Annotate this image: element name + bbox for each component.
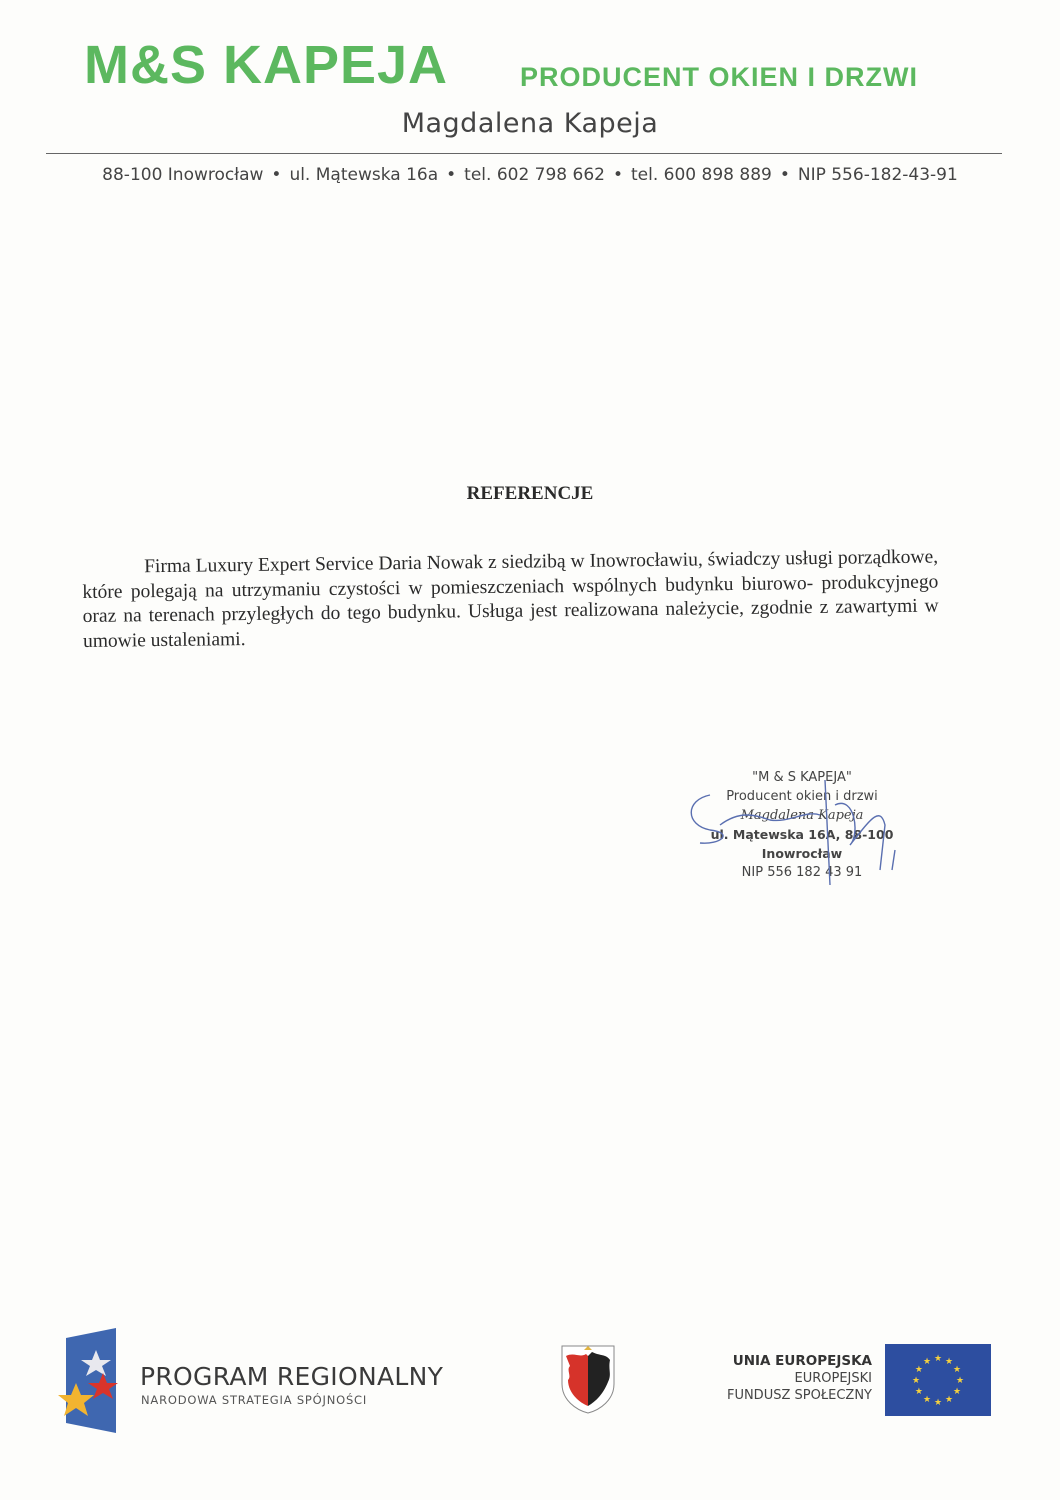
stamp-tagline: Producent okien i drzwi <box>684 787 920 806</box>
eu-fund-line-2: FUNDUSZ SPOŁECZNY <box>700 1387 872 1404</box>
contact-nip: NIP 556-182-43-91 <box>798 165 958 185</box>
svg-text:★: ★ <box>953 1365 961 1375</box>
stamp-nip: NIP 556 182 43 91 <box>684 863 920 882</box>
header-divider <box>46 153 1002 154</box>
program-regionalny-logo-icon <box>58 1328 118 1433</box>
separator: • <box>446 165 456 185</box>
svg-text:★: ★ <box>915 1387 923 1397</box>
eu-fund-line-1: EUROPEJSKI <box>700 1370 872 1387</box>
stamp-owner: Magdalena Kapeja <box>684 806 920 825</box>
svg-text:★: ★ <box>956 1376 964 1386</box>
contact-phone-2: tel. 600 898 889 <box>631 165 772 185</box>
company-tagline: PRODUCENT OKIEN I DRZWI <box>520 64 918 91</box>
svg-text:★: ★ <box>934 1398 942 1408</box>
company-brand: M&S KAPEJA <box>84 38 448 92</box>
eu-union-label: UNIA EUROPEJSKA <box>700 1353 872 1370</box>
eu-flag-icon: ★★★★★★★★★★★★ <box>885 1344 991 1416</box>
contact-phone-1: tel. 602 798 662 <box>464 165 605 185</box>
svg-text:★: ★ <box>945 1357 953 1367</box>
svg-text:★: ★ <box>915 1365 923 1375</box>
svg-text:★: ★ <box>912 1376 920 1386</box>
reference-letter-page: M&S KAPEJA PRODUCENT OKIEN I DRZWI Magda… <box>0 0 1060 1500</box>
owner-name: Magdalena Kapeja <box>0 108 1060 139</box>
separator: • <box>780 165 790 185</box>
program-regionalny-subtitle: NARODOWA STRATEGIA SPÓJNOŚCI <box>141 1393 367 1407</box>
stamp-company: "M & S KAPEJA" <box>684 768 920 787</box>
eu-fund-label: UNIA EUROPEJSKA EUROPEJSKI FUNDUSZ SPOŁE… <box>700 1353 872 1404</box>
program-regionalny-title: PROGRAM REGIONALNY <box>140 1362 443 1391</box>
svg-text:★: ★ <box>923 1395 931 1405</box>
svg-text:★: ★ <box>934 1354 942 1364</box>
contact-street: ul. Mątewska 16a <box>289 165 438 185</box>
contact-line: 88-100 Inowrocław•ul. Mątewska 16a•tel. … <box>0 165 1060 185</box>
svg-text:★: ★ <box>923 1357 931 1367</box>
company-stamp: "M & S KAPEJA" Producent okien i drzwi M… <box>684 768 920 882</box>
stamp-address: ul. Mątewska 16A, 88-100 Inowrocław <box>684 825 920 863</box>
svg-text:★: ★ <box>945 1395 953 1405</box>
document-title: REFERENCJE <box>0 483 1060 505</box>
document-body: Firma Luxury Expert Service Daria Nowak … <box>82 546 939 654</box>
coat-of-arms-icon <box>560 1344 616 1414</box>
svg-text:★: ★ <box>953 1387 961 1397</box>
separator: • <box>271 165 281 185</box>
contact-city: 88-100 Inowrocław <box>102 165 263 185</box>
separator: • <box>613 165 623 185</box>
